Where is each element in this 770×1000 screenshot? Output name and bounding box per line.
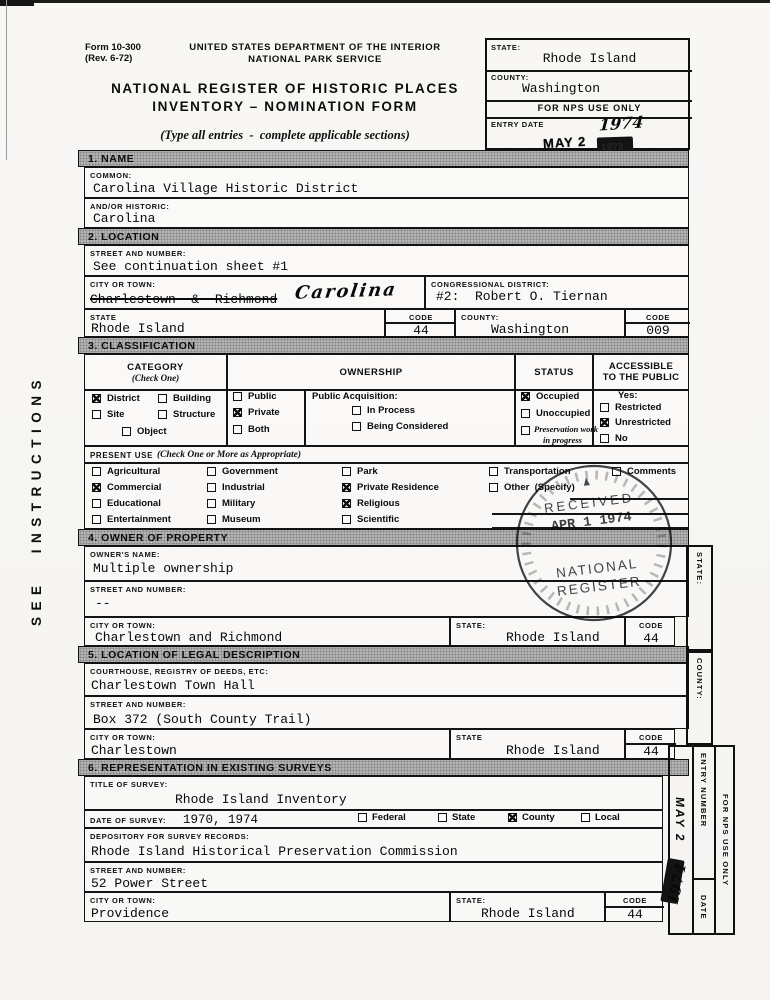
checkbox-both [233,425,242,434]
divider [487,100,692,102]
field-location-state-value: Rhode Island [91,321,185,336]
see-instructions-vertical-label: SEE INSTRUCTIONS [29,340,55,660]
field-depository-street-value: 52 Power Street [91,876,208,891]
checkbox-agricultural-label: Agricultural [107,466,160,477]
public-acquisition-label: Public Acquisition: [312,391,398,402]
form-title-line-2: INVENTORY – NOMINATION FORM [85,98,485,116]
checkbox-religious [342,499,351,508]
field-location-street-label: STREET AND NUMBER: [90,249,186,258]
form-number: Form 10-300 [85,42,141,53]
field-depository-street: STREET AND NUMBER: 52 Power Street [84,862,663,892]
field-location-county-code-label: CODE [626,313,690,322]
margin-state-label: STATE: [688,547,704,585]
checkbox-structure-label: Structure [173,409,215,420]
stamp-inner-ring-marks [518,467,670,619]
field-depository-code: CODE 44 [605,892,663,922]
scan-edge-top [0,0,770,3]
nps-state-value: Rhode Island [487,51,692,66]
checkbox-object [122,427,131,436]
field-depository-code-label: CODE [606,896,664,905]
checkbox-government [207,467,216,476]
checkbox-other [489,483,498,492]
field-location-county-label: COUNTY: [461,313,499,322]
checkbox-state-label: State [452,812,475,823]
present-use-sub-label: (Check One or More as Appropriate) [157,450,301,460]
stamp-ornament [583,477,590,486]
section-3-header: 3. CLASSIFICATION [78,337,689,354]
field-historic-name-value: Carolina [93,211,155,226]
section-6-header: 6. REPRESENTATION IN EXISTING SURVEYS [78,759,689,776]
margin-county-box: COUNTY: [686,651,713,745]
field-survey-title-value: Rhode Island Inventory [175,792,347,807]
stamp-outer-ring [508,457,680,629]
checkbox-commercial-label: Commercial [107,482,161,493]
category-header-sub: (Check One) [132,373,179,383]
checkbox-being-considered [352,422,361,431]
checkbox-unrestricted-label: Unrestricted [615,417,671,428]
field-owner-city-value: Charlestown and Richmond [95,630,282,645]
checkbox-private-residence-label: Private Residence [357,482,439,493]
checkbox-private [233,408,242,417]
field-depository-state: STATE: Rhode Island [450,892,605,922]
checkbox-district [92,394,101,403]
divider [692,747,694,933]
checkbox-entertainment-label: Entertainment [107,514,171,525]
checkbox-federal-label: Federal [372,812,406,823]
field-legal-street-value: Box 372 (South County Trail) [93,712,311,727]
field-legal-street: STREET AND NUMBER: Box 372 (South County… [84,696,689,729]
checkbox-preservation-work-label-2: in progress [543,435,582,445]
stamp-date-text: APR 1 1974 [550,510,632,535]
field-location-city-struck-value: Charlestown & Richmond [90,292,277,307]
field-depository-city-value: Providence [91,906,169,921]
field-legal-street-label: STREET AND NUMBER: [90,700,186,709]
margin-entry-number-label: ENTRY NUMBER [699,753,708,827]
field-depository-city: CITY OR TOWN: Providence [84,892,450,922]
field-owner-street-value: -- [95,596,111,611]
field-location-state-code: CODE 44 [385,309,455,337]
field-owner-name-label: OWNER'S NAME: [90,550,160,559]
checkbox-park [342,467,351,476]
classification-category-header: CATEGORY (Check One) [84,354,227,390]
field-survey-title-label: TITLE OF SURVEY: [90,780,168,789]
form-revision: (Rev. 6-72) [85,53,141,64]
field-depository-state-label: STATE: [456,896,486,905]
field-location-state: STATE Rhode Island [84,309,385,337]
checkbox-unoccupied [521,409,530,418]
field-owner-name-value: Multiple ownership [93,561,233,576]
field-survey-date-label: DATE OF SURVEY: [90,816,166,825]
checkbox-military [207,499,216,508]
checkbox-preservation-work-label: Preservation work [534,424,598,434]
received-stamp: RECEIVED APR 1 1974 NATIONAL REGISTER [496,445,692,641]
section-5-header: 5. LOCATION OF LEGAL DESCRIPTION [78,646,689,663]
checkbox-scientific-label: Scientific [357,514,399,525]
accessible-header-line-1: ACCESSIBLE [609,361,673,372]
checkbox-preservation-work [521,426,530,435]
category-header-label: CATEGORY [127,362,184,373]
field-congressional-district-value: #2: Robert O. Tiernan [436,289,608,304]
entry-date-stamp-month: MAY 2 [543,134,587,151]
field-depository-value: Rhode Island Historical Preservation Com… [91,844,458,859]
margin-nps-box: ENTRY NUMBER DATE FOR NPS USE ONLY MAY 2… [668,745,735,935]
field-legal-code-label: CODE [626,733,676,742]
checkbox-unrestricted [600,418,609,427]
checkbox-restricted [600,403,609,412]
margin-state-box: STATE: [686,545,713,651]
field-owner-city: CITY OR TOWN: Charlestown and Richmond [84,617,450,646]
checkbox-object-label: Object [137,426,167,437]
checkbox-in-process-label: In Process [367,405,415,416]
checkbox-industrial [207,483,216,492]
checkbox-commercial [92,483,101,492]
field-location-county-code: CODE 009 [625,309,689,337]
field-legal-state-label: STATE [456,733,482,742]
field-congressional-district: CONGRESSIONAL DISTRICT: #2: Robert O. Ti… [425,276,689,309]
dept-line-2: NATIONAL PARK SERVICE [150,54,480,66]
checkbox-building-label: Building [173,393,211,404]
checkbox-industrial-label: Industrial [222,482,265,493]
checkbox-government-label: Government [222,466,278,477]
checkbox-state [438,813,447,822]
checkbox-structure [158,410,167,419]
field-courthouse-label: COURTHOUSE, REGISTRY OF DEEDS, ETC: [90,667,269,676]
field-owner-city-label: CITY OR TOWN: [90,621,155,630]
field-common-name-label: COMMON: [90,171,132,180]
checkbox-local [581,813,590,822]
section-1-header: 1. NAME [78,150,689,167]
accessible-header-line-2: TO THE PUBLIC [603,372,680,383]
field-location-street-value: See continuation sheet #1 [93,259,288,274]
margin-date-stamp-month: MAY 2 [673,797,687,844]
field-legal-state-value: Rhode Island [506,743,600,758]
field-depository: DEPOSITORY FOR SURVEY RECORDS: Rhode Isl… [84,828,663,862]
checkbox-site [92,410,101,419]
checkbox-private-label: Private [248,407,280,418]
field-legal-state: STATE Rhode Island [450,729,625,759]
field-courthouse: COURTHOUSE, REGISTRY OF DEEDS, ETC: Char… [84,663,689,696]
nps-use-box: STATE: Rhode Island COUNTY: Washington F… [485,38,690,150]
field-location-city-handwritten-value: Carolina [294,279,399,304]
field-owner-code-value: 44 [626,631,676,646]
field-location-county-value: Washington [491,322,569,337]
checkbox-local-label: Local [595,812,620,823]
field-depository-city-label: CITY OR TOWN: [90,896,155,905]
field-location-street: STREET AND NUMBER: See continuation shee… [84,245,689,276]
checkbox-district-label: District [107,393,140,404]
section-2-header: 2. LOCATION [78,228,689,245]
checkbox-park-label: Park [357,466,378,477]
field-depository-code-value: 44 [606,907,664,922]
scan-edge-left [6,0,7,160]
type-all-entries-note: (Type all entries - complete applicable … [85,128,485,143]
checkbox-agricultural [92,467,101,476]
field-historic-name-label: AND/OR HISTORIC: [90,202,169,211]
checkbox-entertainment [92,515,101,524]
field-depository-label: DEPOSITORY FOR SURVEY RECORDS: [90,832,249,841]
checkbox-public [233,392,242,401]
checkbox-public-label: Public [248,391,277,402]
field-depository-state-value: Rhode Island [481,906,575,921]
divider [692,878,714,880]
field-location-state-code-value: 44 [386,323,456,338]
field-location-county: COUNTY: Washington [455,309,625,337]
checkbox-museum-label: Museum [222,514,261,525]
checkbox-county-label: County [522,812,555,823]
checkbox-in-process [352,406,361,415]
checkbox-being-considered-label: Being Considered [367,421,448,432]
field-location-city: CITY OR TOWN: Charlestown & Richmond Car… [84,276,425,309]
field-legal-city-label: CITY OR TOWN: [90,733,155,742]
accessible-header: ACCESSIBLE TO THE PUBLIC [593,354,689,390]
margin-date-label: DATE [699,895,708,920]
accessible-yes-label: Yes: [618,390,638,401]
field-location-city-label: CITY OR TOWN: [90,280,155,289]
checkbox-no [600,434,609,443]
margin-county-label: COUNTY: [688,653,704,700]
entry-date-label: ENTRY DATE [491,120,544,129]
nps-county-value: Washington [522,81,600,96]
checkbox-restricted-label: Restricted [615,402,661,413]
checkbox-educational [92,499,101,508]
field-historic-name: AND/OR HISTORIC: Carolina [84,198,689,228]
divider [487,70,692,72]
field-owner-street-label: STREET AND NUMBER: [90,585,186,594]
ownership-header: OWNERSHIP [227,354,515,390]
checkbox-occupied-label: Occupied [536,391,579,402]
field-location-state-code-label: CODE [386,313,456,322]
checkbox-county [508,813,517,822]
checkbox-museum [207,515,216,524]
status-header: STATUS [515,354,593,390]
checkbox-both-label: Both [248,424,270,435]
margin-for-nps-use-only-label: FOR NPS USE ONLY [716,747,735,933]
entry-date-year-handwritten: 1974 [598,112,644,134]
checkbox-private-residence [342,483,351,492]
checkbox-religious-label: Religious [357,498,400,509]
field-common-name-value: Carolina Village Historic District [93,181,358,196]
divider [487,117,692,119]
field-common-name: COMMON: Carolina Village Historic Distri… [84,167,689,198]
present-use-label: PRESENT USE [90,451,153,460]
checkbox-no-label: No [615,433,628,444]
field-owner-state-label: STATE: [456,621,486,630]
checkbox-federal [358,813,367,822]
field-congressional-district-label: CONGRESSIONAL DISTRICT: [431,280,549,289]
field-survey-title: TITLE OF SURVEY: Rhode Island Inventory [84,776,663,810]
field-legal-city-value: Charlestown [91,743,177,758]
field-location-county-code-value: 009 [626,323,690,338]
checkbox-building [158,394,167,403]
field-survey-date-value: 1970, 1974 [183,813,258,827]
checkbox-occupied [521,392,530,401]
checkbox-site-label: Site [107,409,124,420]
for-nps-use-only-label: FOR NPS USE ONLY [487,103,692,113]
checkbox-scientific [342,515,351,524]
field-courthouse-value: Charlestown Town Hall [91,678,255,693]
field-legal-city: CITY OR TOWN: Charlestown [84,729,450,759]
checkbox-unoccupied-label: Unoccupied [536,408,590,419]
dept-line-1: UNITED STATES DEPARTMENT OF THE INTERIOR [150,42,480,54]
field-depository-street-label: STREET AND NUMBER: [90,866,186,875]
checkbox-educational-label: Educational [107,498,161,509]
checkbox-military-label: Military [222,498,255,509]
form-title-line-1: NATIONAL REGISTER OF HISTORIC PLACES [85,80,485,98]
